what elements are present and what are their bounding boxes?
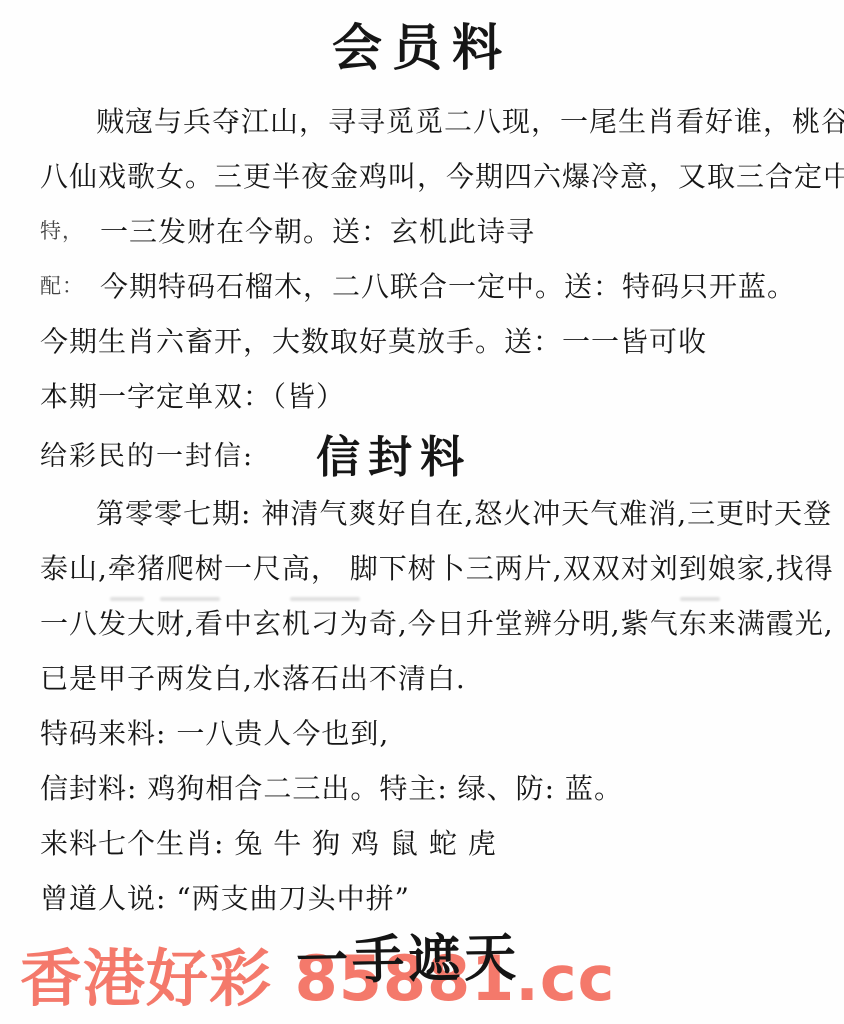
member-line: 本期一字定单双：（皆） bbox=[40, 367, 814, 422]
letter-line: 泰山,牵猪爬树一尺高， 脚下树卜三两片,双双对刘到娘家,找得 bbox=[40, 539, 824, 594]
page-title: 会员料 bbox=[0, 0, 844, 80]
letter-line-text: 一八发大财,看中玄机刁为奇,今日升堂辨分明,紫气东来满霞光, bbox=[40, 602, 834, 642]
letter-section-header: 给彩民的一封信: 信封料 bbox=[0, 422, 844, 484]
letter-line: 第零零七期: 神清气爽好自在,怒火冲天气难消,三更时天登 bbox=[40, 484, 824, 539]
faded-line-prefix: 配： bbox=[40, 270, 84, 300]
member-line-text: 本期一字定单双：（皆） bbox=[40, 375, 345, 415]
letter-line-text: 特码来料: 一八贵人今也到, bbox=[40, 712, 389, 752]
member-line-text: 贼寇与兵夺江山，寻寻觅觅二八现，一尾生肖看好谁，桃谷 bbox=[96, 100, 844, 140]
scanned-lottery-tip-sheet: 会员料 贼寇与兵夺江山，寻寻觅觅二八现，一尾生肖看好谁，桃谷 八仙戏歌女。三更半… bbox=[0, 0, 844, 1024]
member-line: 配： 今期特码石榴木，二八联合一定中。送：特码只开蓝。 bbox=[40, 257, 814, 312]
member-line: 贼寇与兵夺江山，寻寻觅觅二八现，一尾生肖看好谁，桃谷 bbox=[40, 92, 814, 147]
letter-heading: 信封料 bbox=[316, 421, 472, 485]
letter-line: 信封料: 鸡狗相合二三出。特主: 绿、防: 蓝。 bbox=[40, 759, 824, 814]
member-section: 贼寇与兵夺江山，寻寻觅觅二八现，一尾生肖看好谁，桃谷 八仙戏歌女。三更半夜金鸡叫… bbox=[0, 92, 844, 422]
member-line-text: 八仙戏歌女。三更半夜金鸡叫，今期四六爆冷意，又取三合定中 bbox=[40, 155, 844, 195]
calligraphy-stamp: 一手遮天 bbox=[295, 915, 520, 994]
letter-line: 来料七个生肖: 兔 牛 狗 鸡 鼠 蛇 虎 bbox=[40, 814, 824, 869]
letter-line-text: 第零零七期: 神清气爽好自在,怒火冲天气难消,三更时天登 bbox=[96, 492, 832, 532]
letter-line-text: 泰山,牵猪爬树一尺高， 脚下树卜三两片,双双对刘到娘家,找得 bbox=[40, 547, 834, 587]
member-line: 八仙戏歌女。三更半夜金鸡叫，今期四六爆冷意，又取三合定中 bbox=[40, 147, 814, 202]
letter-line: 一八发大财,看中玄机刁为奇,今日升堂辨分明,紫气东来满霞光, bbox=[40, 594, 824, 649]
letter-line: 特码来料: 一八贵人今也到, bbox=[40, 704, 824, 759]
letter-section: 第零零七期: 神清气爽好自在,怒火冲天气难消,三更时天登 泰山,牵猪爬树一尺高，… bbox=[0, 484, 844, 924]
letter-line-text: 信封料: 鸡狗相合二三出。特主: 绿、防: 蓝。 bbox=[40, 767, 623, 807]
letter-line-text: 来料七个生肖: 兔 牛 狗 鸡 鼠 蛇 虎 bbox=[40, 822, 497, 862]
member-line-text: 一三发财在今朝。送：玄机此诗寻 bbox=[100, 210, 535, 250]
member-line: 特， 一三发财在今朝。送：玄机此诗寻 bbox=[40, 202, 814, 257]
member-line-text: 今期生肖六畜开，大数取好莫放手。送：一一皆可收 bbox=[40, 320, 707, 360]
letter-line: 已是甲子两发白,水落石出不清白. bbox=[40, 649, 824, 704]
letter-line-text: 已是甲子两发白,水落石出不清白. bbox=[40, 657, 466, 697]
letter-line-text: 曾道人说: “两支曲刀头中拼” bbox=[40, 877, 410, 917]
faded-line-prefix: 特， bbox=[40, 215, 84, 245]
member-line: 今期生肖六畜开，大数取好莫放手。送：一一皆可收 bbox=[40, 312, 814, 367]
member-line-text: 今期特码石榴木，二八联合一定中。送：特码只开蓝。 bbox=[100, 265, 796, 305]
letter-intro-label: 给彩民的一封信: bbox=[40, 434, 254, 473]
